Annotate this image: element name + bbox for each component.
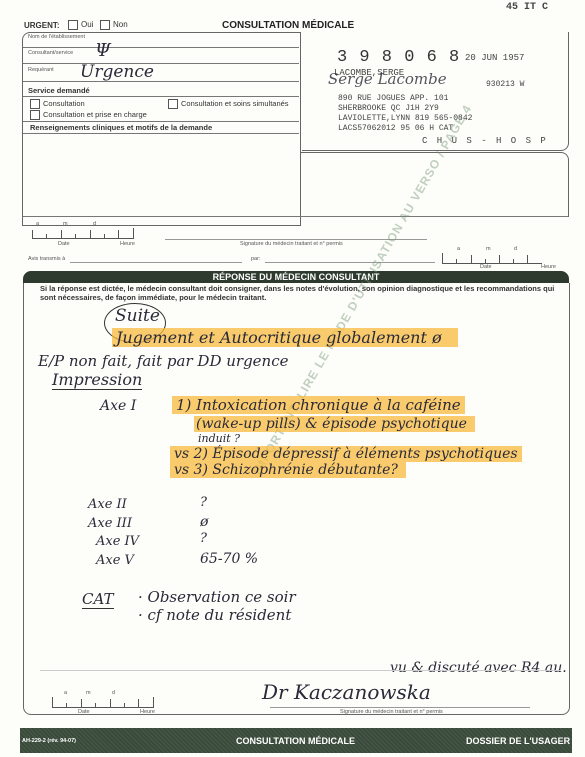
patient-dob: 20 JUN 1957 [465,53,524,63]
urgent-non-option[interactable]: Non [100,20,128,30]
checkbox[interactable] [68,20,78,30]
footer-title: CONSULTATION MÉDICALE [236,736,355,746]
note-line-jugement: Jugement et Autocritique globalement ø [112,328,458,347]
response-section-title: RÉPONSE DU MÉDECIN CONSULTANT [23,271,569,283]
form-title: CONSULTATION MÉDICALE [222,20,354,31]
note-axe3-value: ø [200,514,208,530]
service-option-prise-en-charge[interactable]: Consultation et prise en charge [30,110,147,120]
establishment-label: Nom de l'établissement [28,34,85,40]
checkbox[interactable] [100,20,110,30]
avis-date-field[interactable] [442,253,542,264]
response-signature-label: Signature du médecin traitant et n° perm… [340,709,443,715]
checkbox[interactable] [168,99,178,109]
checkbox[interactable] [30,99,40,109]
response-date-field[interactable] [52,697,154,708]
note-axe5-value: 65-70 % [200,551,258,567]
patient-number: 3 9 8 0 6 8 [337,48,460,67]
note-cat-line2: · cf note du résident [138,606,291,624]
footer-dossier: DOSSIER DE L'USAGER [466,736,570,746]
note-cat-line1: · Observation ce soir [138,588,296,606]
note-axe1-item1b: (wake-up pills) & épisode psychotique [194,416,475,432]
note-axe1-item2: vs 2) Épisode dépressif à éléments psych… [170,446,522,462]
clinical-info-label: Renseignements cliniques et motifs de la… [30,123,212,132]
note-axe4-value: ? [200,531,207,546]
note-sign-discussion: vu & discuté avec R4 au. [390,660,567,676]
note-axe2-value: ? [200,495,207,510]
patient-insurance: LACS57062012 95 06 H CAT [338,124,453,133]
note-axe3-label: Axe III [88,516,132,531]
top-corner-code: 45 IT C [506,2,548,13]
patient-code: 930213 W [486,80,524,89]
note-impression: Impression [52,370,142,390]
urgent-label: URGENT: [24,21,60,30]
par-label: par: [251,256,260,262]
form-code: AH-229-2 (rév. 94-07) [22,738,76,744]
note-line-ep: E/P non fait, fait par DD urgence [38,352,288,370]
checkbox[interactable] [30,110,40,120]
note-axe1-item1c: induit ? [198,432,240,445]
consultant-signature: Dr Kaczanowska [262,680,431,704]
consultant-label: Consultant/service [28,50,73,56]
patient-address: 890 RUE JOGUES APP. 101 [338,94,448,103]
service-option-consultation-soins[interactable]: Consultation et soins simultanés [168,99,289,109]
patient-city: SHERBROOKE QC J1H 2Y9 [338,104,439,113]
requester-label: Requérant [28,67,54,73]
requester-value[interactable]: Urgence [80,62,154,82]
note-axe1-item3: vs 3) Schizophrénie débutante? [170,462,406,478]
request-date-field[interactable] [32,228,134,239]
note-axe4-label: Axe IV [96,534,139,549]
note-axe1-item1a: 1) Intoxication chronique à la caféine [172,396,465,414]
consultant-value[interactable]: Ψ [95,40,111,61]
urgent-oui-option[interactable]: Oui [68,20,93,30]
patient-signature: Serge Lacombe [328,70,447,88]
service-option-consultation[interactable]: Consultation [30,99,85,109]
request-signature-label: Signature du médecin traitant et n° perm… [240,241,343,247]
note-axe5-label: Axe V [96,553,134,568]
note-cat-label: CAT [82,590,114,609]
note-axe1-label: Axe I [100,398,136,414]
service-requested-label: Service demandé [28,86,90,95]
avis-label: Avis transmis à [28,256,65,262]
note-suite: Suite [115,306,160,326]
note-axe2-label: Axe II [88,497,127,512]
